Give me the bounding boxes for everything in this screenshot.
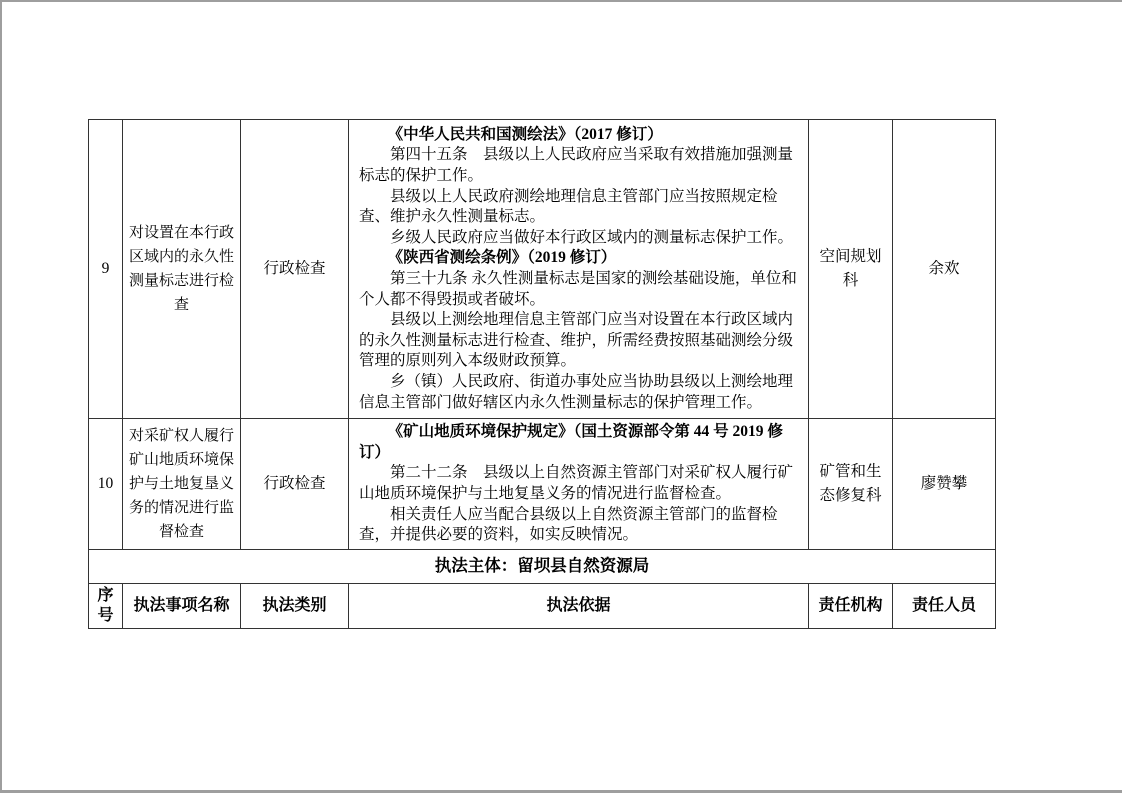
legal-basis-text: 《矿山地质环境保护规定》（国土资源部令第 44 号 2019 修订）第二十二条 … [359,422,800,546]
responsible-person-cell: 余欢 [893,120,996,419]
table-row-10: 10 对采矿权人履行矿山地质环境保护与土地复垦义务的情况进行监督检查 行政检查 … [89,419,996,550]
law-paragraph: 乡级人民政府应当做好本行政区域内的测量标志保护工作。 [359,228,800,249]
header-legal-basis: 执法依据 [349,584,809,629]
law-paragraph: 相关责任人应当配合县级以上自然资源主管部门的监督检查，并提供必要的资料，如实反映… [359,505,800,546]
page-border-top [0,0,1122,2]
responsible-person-cell: 廖赞攀 [893,419,996,550]
law-paragraph: 乡（镇）人民政府、街道办事处应当协助县级以上测绘地理信息主管部门做好辖区内永久性… [359,372,800,413]
law-citation-title: 《矿山地质环境保护规定》（国土资源部令第 44 号 2019 修订） [359,422,800,463]
page-border-left [0,0,2,793]
table-row-9: 9 对设置在本行政区域内的永久性测量标志进行检查 行政检查 《中华人民共和国测绘… [89,120,996,419]
legal-basis-cell: 《中华人民共和国测绘法》（2017 修订）第四十五条 县级以上人民政府应当采取有… [349,120,809,419]
legal-basis-cell: 《矿山地质环境保护规定》（国土资源部令第 44 号 2019 修订）第二十二条 … [349,419,809,550]
header-category: 执法类别 [241,584,349,629]
law-citation-title: 《陕西省测绘条例》（2019 修订） [359,248,800,269]
row-number: 9 [89,120,123,419]
law-paragraph: 第二十二条 县级以上自然资源主管部门对采矿权人履行矿山地质环境保护与土地复垦义务… [359,463,800,504]
header-seq-number: 序号 [89,584,123,629]
law-paragraph: 县级以上测绘地理信息主管部门应当对设置在本行政区域内的永久性测量标志进行检查、维… [359,310,800,372]
item-name-cell: 对设置在本行政区域内的永久性测量标志进行检查 [123,120,241,419]
header-responsible-org: 责任机构 [809,584,893,629]
header-responsible-person: 责任人员 [893,584,996,629]
row-number: 10 [89,419,123,550]
category-cell: 行政检查 [241,419,349,550]
document-page: 9 对设置在本行政区域内的永久性测量标志进行检查 行政检查 《中华人民共和国测绘… [0,0,1122,793]
table-header-row: 序号 执法事项名称 执法类别 执法依据 责任机构 责任人员 [89,584,996,629]
law-paragraph: 第四十五条 县级以上人民政府应当采取有效措施加强测量标志的保护工作。 [359,145,800,186]
header-item-name: 执法事项名称 [123,584,241,629]
enforcement-items-table: 9 对设置在本行政区域内的永久性测量标志进行检查 行政检查 《中华人民共和国测绘… [88,119,996,629]
legal-basis-text: 《中华人民共和国测绘法》（2017 修订）第四十五条 县级以上人民政府应当采取有… [359,125,800,413]
law-citation-title: 《中华人民共和国测绘法》（2017 修订） [359,125,800,146]
responsible-org-cell: 矿管和生态修复科 [809,419,893,550]
enforcement-subject-row: 执法主体：留坝县自然资源局 [89,550,996,584]
category-cell: 行政检查 [241,120,349,419]
item-name-cell: 对采矿权人履行矿山地质环境保护与土地复垦义务的情况进行监督检查 [123,419,241,550]
enforcement-subject-label: 执法主体：留坝县自然资源局 [89,550,996,584]
law-paragraph: 第三十九条 永久性测量标志是国家的测绘基础设施，单位和个人都不得毁损或者破坏。 [359,269,800,310]
law-paragraph: 县级以上人民政府测绘地理信息主管部门应当按照规定检查、维护永久性测量标志。 [359,187,800,228]
responsible-org-cell: 空间规划科 [809,120,893,419]
